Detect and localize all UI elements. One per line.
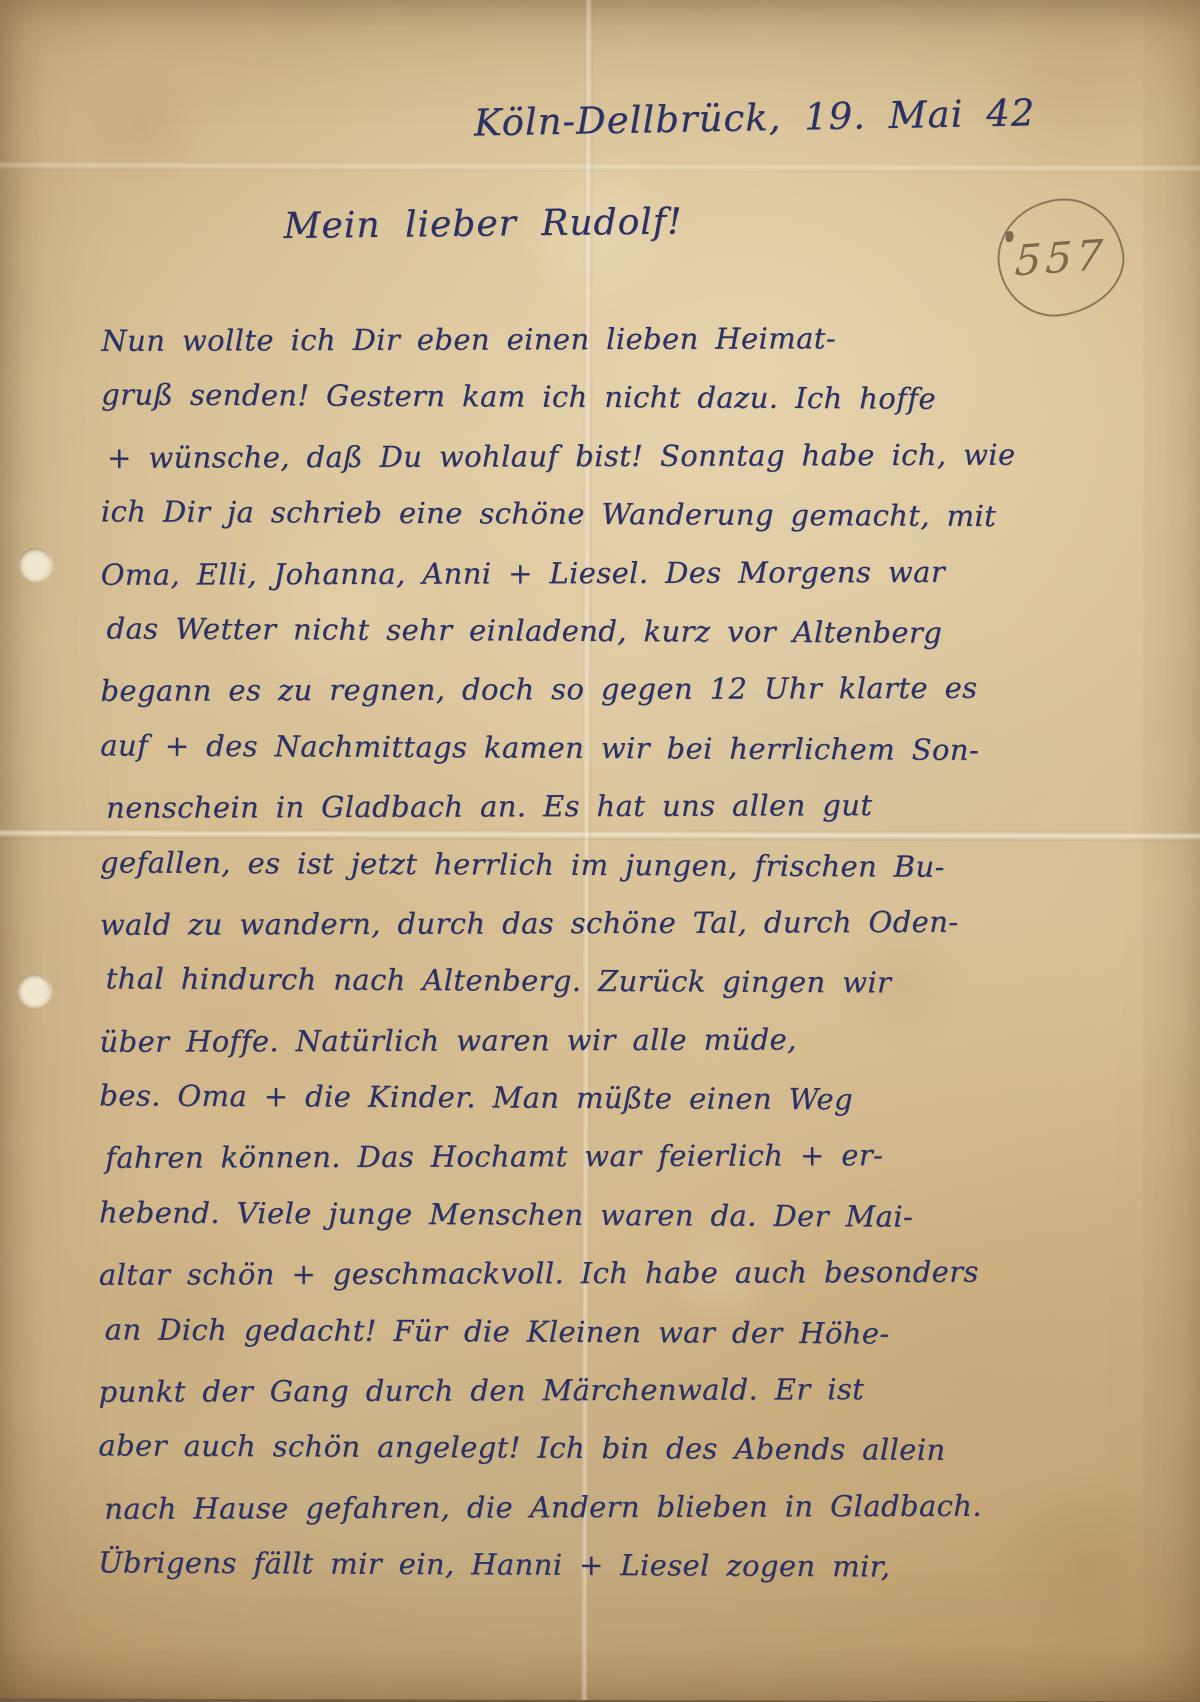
- archive-number: 557: [1014, 229, 1108, 284]
- handwriting-line: bes. Oma + die Kinder. Man müßte einen W…: [99, 1066, 1119, 1130]
- handwriting-line: Nun wollte ich Dir eben einen lieben Hei…: [101, 308, 1121, 370]
- handwriting-line: Oma, Elli, Johanna, Anni + Liesel. Des M…: [101, 542, 1121, 604]
- handwriting-line: fahren können. Das Hochamt war feierlich…: [99, 1126, 1119, 1188]
- handwriting-line: gruß senden! Gestern kam ich nicht dazu.…: [101, 366, 1121, 430]
- handwriting-line: punkt der Gang durch den Märchenwald. Er…: [98, 1359, 1118, 1421]
- handwriting-line: auf + des Nachmittags kamen wir bei herr…: [100, 716, 1120, 780]
- letter-paper: Köln-Dellbrück, 19. Mai 42 557 Mein lieb…: [0, 0, 1200, 1693]
- handwriting-line: + wünsche, daß Du wohlauf bist! Sonntag …: [101, 425, 1121, 487]
- salutation: Mein lieber Rudolf!: [283, 201, 682, 247]
- handwriting-line: Übrigens fällt mir ein, Hanni + Liesel z…: [98, 1534, 1118, 1598]
- handwriting-line: aber auch schön angelegt! Ich bin des Ab…: [98, 1417, 1118, 1481]
- letter-body: Nun wollte ich Dir eben einen lieben Hei…: [98, 309, 1121, 1596]
- handwriting-line: gefallen, es ist jetzt herrlich im junge…: [100, 833, 1120, 897]
- handwriting-line: altar schön + geschmackvoll. Ich habe au…: [99, 1242, 1119, 1304]
- punch-hole-bottom: [18, 973, 51, 1006]
- handwriting-line: nenschein in Gladbach an. Es hat uns all…: [100, 775, 1120, 837]
- handwriting-line: begann es zu regnen, doch so gegen 12 Uh…: [100, 659, 1120, 721]
- handwriting-line: thal hindurch nach Altenberg. Zurück gin…: [99, 950, 1119, 1014]
- handwriting-line: wald zu wandern, durch das schöne Tal, d…: [100, 892, 1120, 954]
- handwriting-line: hebend. Viele junge Menschen waren da. D…: [99, 1183, 1119, 1247]
- handwriting-line: nach Hause gefahren, die Andern blieben …: [98, 1476, 1118, 1538]
- handwriting-line: das Wetter nicht sehr einladend, kurz vo…: [100, 599, 1120, 663]
- handwriting-line: an Dich gedacht! Für die Kleinen war der…: [99, 1300, 1119, 1364]
- handwriting-line: über Hoffe. Natürlich waren wir alle müd…: [99, 1009, 1119, 1071]
- punch-hole-top: [19, 547, 52, 580]
- handwriting-line: ich Dir ja schrieb eine schöne Wanderung…: [101, 483, 1121, 547]
